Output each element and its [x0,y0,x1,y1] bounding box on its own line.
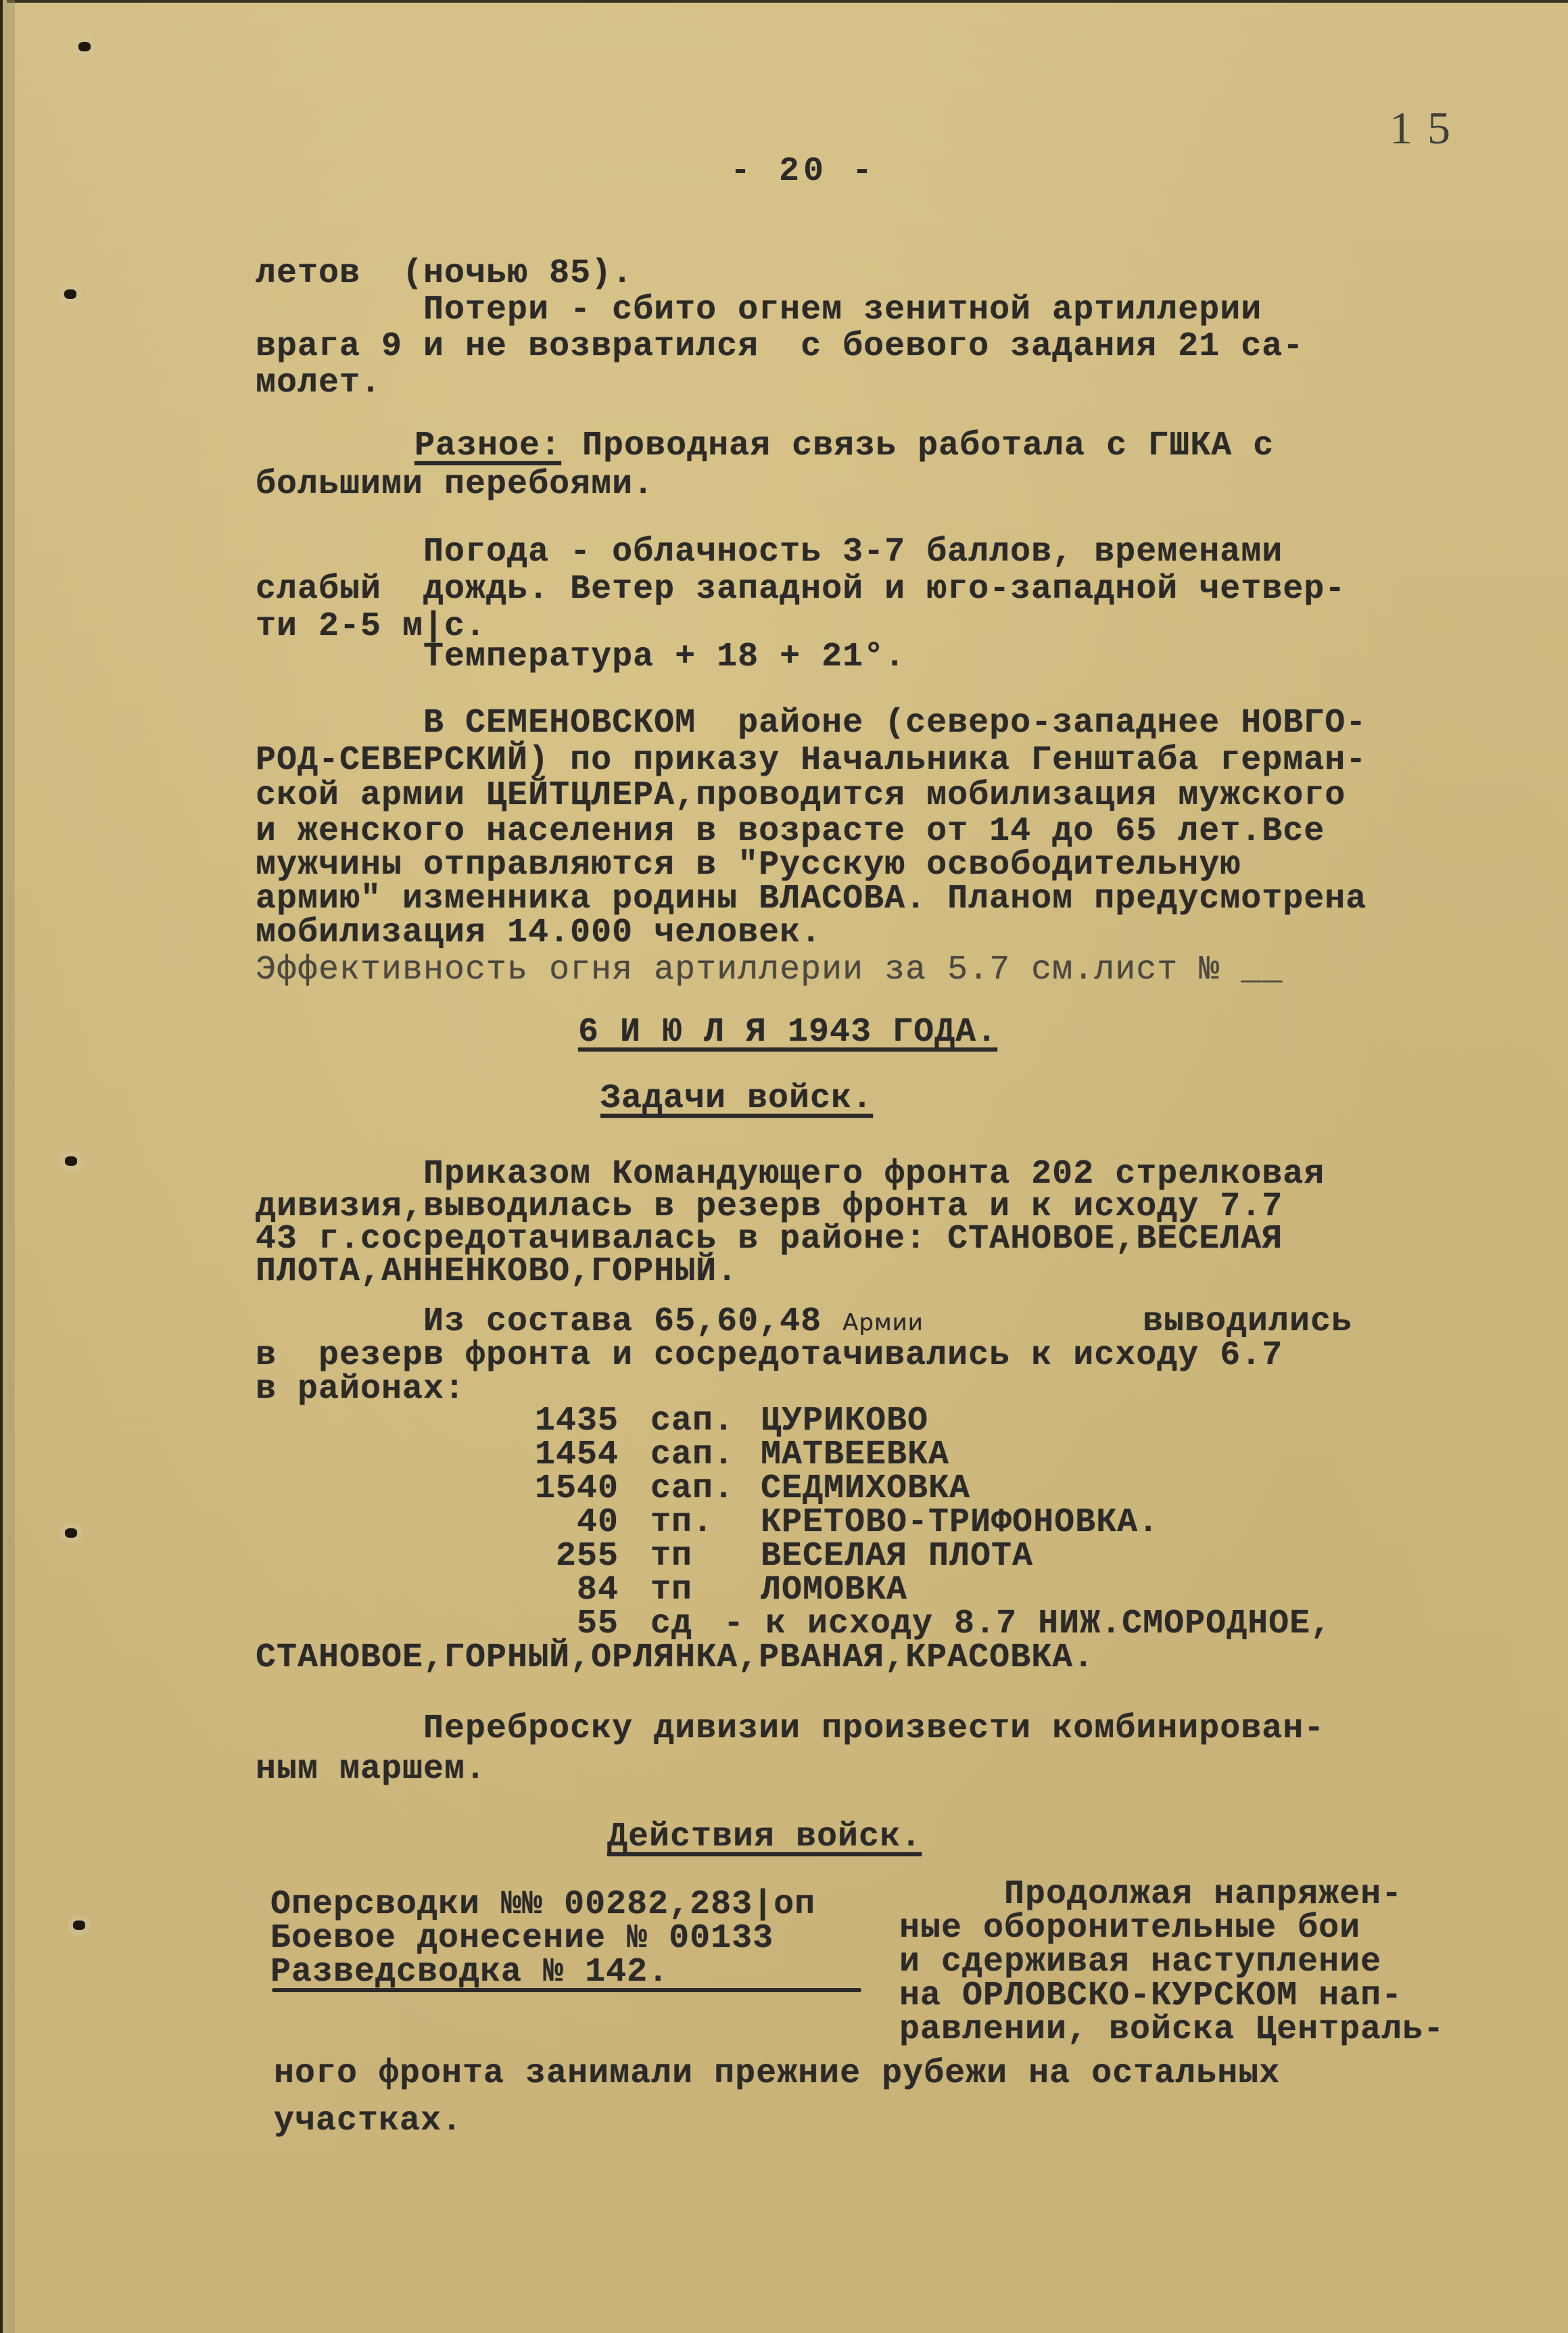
unit-number: 1540 [534,1471,619,1507]
archive-sheet-number: 15 [1389,101,1465,155]
binding-hole-icon [65,1156,77,1166]
text-line: в районах: [256,1371,465,1408]
unit-number: 55 [534,1606,619,1643]
text-line: слабый дождь. Ветер западной и юго-запад… [256,571,1346,608]
text-line: Продолжая напряжен- [899,1877,1402,1913]
text-line: ного фронта занимали прежние рубежи на о… [274,2056,1280,2092]
unit-type: сд [650,1606,692,1643]
scan-edge-top [0,0,1568,3]
binding-edge [0,0,15,2333]
unit-number: 84 [534,1572,619,1609]
text-line: ные оборонительные бои [899,1910,1360,1947]
text-line: в резерв фронта и сосредотачивались к ис… [256,1338,1283,1374]
artillery-note: Эффективность огня артиллерии за 5.7 см.… [256,952,1283,989]
binding-hole-icon [65,1528,77,1538]
unit-number: 255 [534,1538,619,1575]
unit-location: - к исходу 8.7 НИЖ.СМОРОДНОЕ, [723,1606,1331,1643]
unit-location: СЕДМИХОВКА [761,1471,970,1507]
armies-text: Из состава 65,60,48 [256,1302,822,1341]
unit-type: тп. [650,1505,713,1541]
unit-location: ЦУРИКОВО [761,1403,928,1440]
text-line: ской армии ЦЕЙТЦЛЕРА,проводится мобилиза… [256,778,1346,814]
binding-hole-icon [78,42,91,51]
text-line: большими перебоями. [256,467,654,503]
source-line: Разведсводка № 142. [270,1954,669,1991]
text-line: РОД-СЕВЕРСКИЙ) по приказу Начальника Ген… [256,743,1367,779]
unit-number: 40 [534,1505,619,1541]
text-line: молет. [256,365,381,402]
unit-location: ВЕСЕЛАЯ ПЛОТА [761,1538,1033,1575]
text-line: участках. [274,2103,462,2140]
document-page: 15 - 20 - летов (ночью 85). Потери - сби… [0,0,1568,2333]
text-line: Переброску дивизии произвести комбиниров… [256,1711,1325,1747]
text-line: на ОРЛОВСКО-КУРСКОМ нап- [899,1978,1402,2014]
sources-underline [272,1988,861,1992]
binding-hole-icon [73,1920,85,1930]
text-line: равлении, войска Централь- [899,2012,1444,2048]
text-line: Температура + 18 + 21°. [256,639,905,676]
text-line: мобилизация 14.000 человек. [256,915,822,951]
misc-heading: Разное: [414,427,561,465]
text-line: ПЛОТА,АННЕНКОВО,ГОРНЫЙ. [256,1254,738,1290]
text-line: Погода - облачность 3-7 баллов, временам… [256,534,1283,571]
unit-location: МАТВЕЕВКА [761,1437,949,1474]
unit-location: ЛОМОВКА [761,1572,907,1609]
page-number: - 20 - [730,152,876,191]
binding-hole-icon [64,289,76,299]
text-line: В СЕМЕНОВСКОМ районе (северо-западнее НО… [256,705,1367,742]
text-line: ным маршем. [256,1751,486,1788]
date-heading: 6 И Ю Л Я 1943 ГОДА. [578,1014,997,1051]
text-line: врага 9 и не возвратился с боевого задан… [256,329,1304,365]
unit-type: тп [650,1538,692,1575]
actions-heading: Действия войск. [607,1819,922,1856]
text-line: СТАНОВОЕ,ГОРНЫЙ,ОРЛЯНКА,РВАНАЯ,КРАСОВКА. [256,1640,1094,1676]
text-line: мужчины отправляются в "Русскую освободи… [256,847,1241,884]
source-line: Оперсводки №№ 00282,283|оп [270,1887,815,1923]
text-line: Потери - сбито огнем зенитной артиллерии [256,292,1262,329]
unit-type: сап. [650,1403,734,1440]
text-line: и женского населения в возрасте от 14 до… [256,814,1325,850]
unit-type: сап. [650,1437,734,1474]
armies-line: Из состава 65,60,48 Армии [256,1304,924,1341]
unit-location: КРЕТОВО-ТРИФОНОВКА. [761,1505,1159,1541]
unit-type: тп [650,1572,692,1609]
unit-number: 1454 [534,1437,619,1474]
unit-number: 1435 [534,1403,619,1440]
source-line: Боевое донесение № 00133 [270,1920,774,1957]
handwritten-insertion: Армии [842,1309,924,1336]
misc-text: Проводная связь работала с ГШКА с [561,427,1274,465]
armies-line-end: выводились [1143,1304,1352,1340]
misc-paragraph: Разное: Проводная связь работала с ГШКА … [414,428,1274,465]
text-line: армию" изменника родины ВЛАСОВА. Планом … [256,881,1367,918]
tasks-heading: Задачи войск. [600,1081,873,1117]
unit-type: сап. [650,1471,734,1507]
text-line: летов (ночью 85). [256,256,633,292]
text-line: и сдерживая наступление [899,1944,1381,1981]
